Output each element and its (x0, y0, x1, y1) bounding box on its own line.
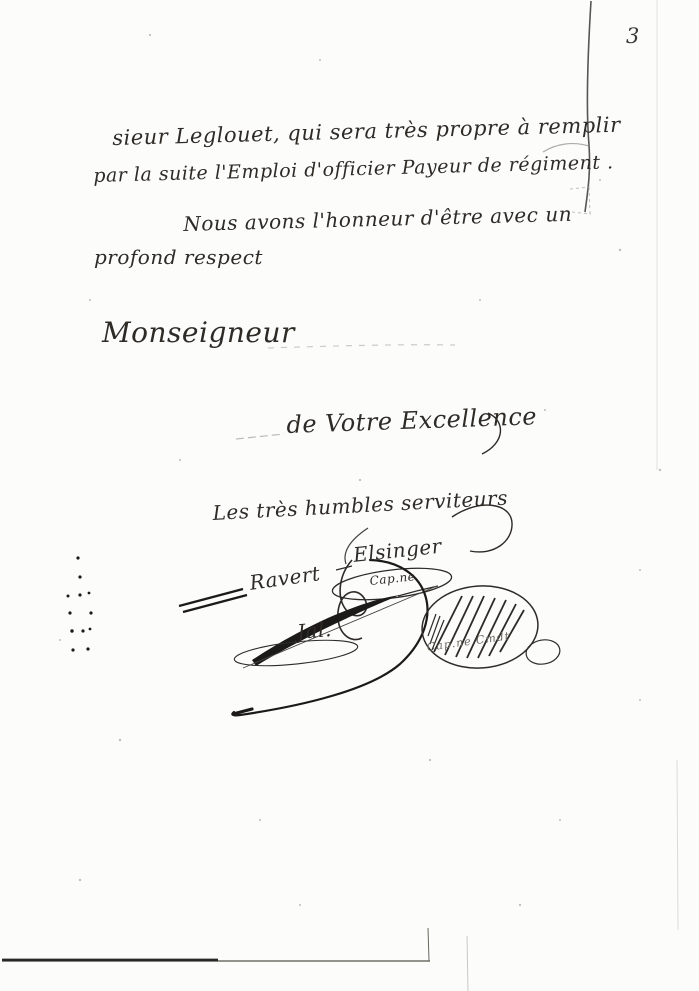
elsinger-dash (336, 566, 352, 570)
letter-line-4: profond respect (94, 245, 263, 269)
scan-crease-line (585, 1, 591, 212)
closing-swash (452, 505, 512, 552)
faint-dash-mark (236, 434, 284, 439)
faint-curve-mark (543, 144, 589, 152)
double-dash-mark (179, 589, 247, 612)
ink-dot-pattern (67, 556, 93, 651)
salutation: Monseigneur (102, 316, 295, 349)
page-number: 3 (626, 24, 639, 48)
oval-signature (419, 582, 562, 672)
faint-baseline-mark (268, 345, 455, 348)
scanned-letter-page: 3 sieur Leglouet, qui sera très propre à… (0, 0, 699, 991)
signature-end-loop (524, 637, 562, 667)
signature-initials: Jal. (296, 617, 333, 644)
